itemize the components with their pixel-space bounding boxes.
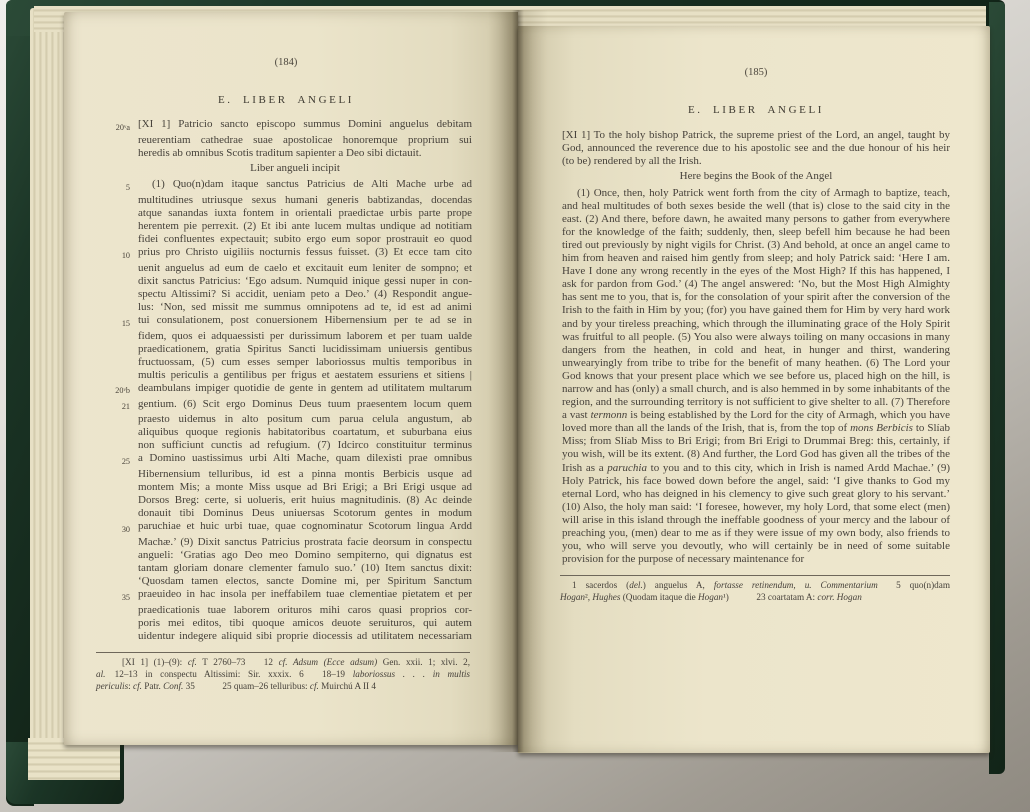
margin-line-number xyxy=(100,413,138,426)
margin-line-number xyxy=(100,262,138,275)
line-text: fructuossam, (5) cum esses semper labori… xyxy=(138,356,472,369)
line-text: spectu Altissimi? Si accidit, ueniam pet… xyxy=(138,288,472,301)
text-line: praedicationis tuae laborem orituros mih… xyxy=(100,604,472,617)
line-text: poris mei editos, tibi quoque amicos deu… xyxy=(138,617,472,630)
line-text: fidem, quos ei adquaessisti per durissim… xyxy=(138,330,472,343)
margin-line-number xyxy=(100,604,138,617)
english-intro-paragraph: [XI 1] To the holy bishop Patrick, the s… xyxy=(562,129,950,168)
line-text: uidentur indegere aliquid sibi proprie d… xyxy=(138,630,472,643)
text-line: 5 (1) Quo(n)dam itaque sanctus Patricius… xyxy=(100,178,472,194)
text-line: 30 paruchiae et huic urbi tuae, quae cog… xyxy=(100,520,472,536)
right-page-content: (185) E. LIBER ANGELI [XI 1] To the holy… xyxy=(562,66,950,604)
margin-line-number xyxy=(100,220,138,233)
margin-line-number xyxy=(100,426,138,439)
footnote-line: al. 12–13 in conspectu Altissimi: Sir. x… xyxy=(96,669,470,681)
right-page: (185) E. LIBER ANGELI [XI 1] To the holy… xyxy=(518,26,990,753)
english-body-text: (1) Once, then, holy Patrick went forth … xyxy=(562,187,950,567)
text-line: poris mei editos, tibi quoque amicos deu… xyxy=(100,617,472,630)
text-line: uenit anguelus ad eum de caelo et excita… xyxy=(100,262,472,275)
line-text: aliquibus quoque regionis habitatoribus … xyxy=(138,426,472,439)
page-number-left: (184) xyxy=(100,56,472,69)
text-line: 10 prius pro Christo uigiliis nocturnis … xyxy=(100,246,472,262)
line-text: tantam gloriam donare clementer famulo s… xyxy=(138,562,472,575)
margin-line-number xyxy=(100,134,138,147)
margin-line-number xyxy=(100,575,138,588)
text-line: 35 praeuideo in hac insola per ineffabil… xyxy=(100,588,472,604)
text-line: angueli: ‘Gratias ago Deo meo Domino sem… xyxy=(100,549,472,562)
margin-line-number xyxy=(100,369,138,382)
margin-line-number xyxy=(100,630,138,643)
line-text: tui consulationem, post conuersionem Hib… xyxy=(138,314,472,330)
margin-line-number xyxy=(100,617,138,630)
text-line: lus: ‘Non, sed missit me summus omnipote… xyxy=(100,301,472,314)
margin-line-number xyxy=(100,536,138,549)
text-line: non sufficiunt cunctis ad refugium. (7) … xyxy=(100,439,472,452)
margin-line-number: 30 xyxy=(100,520,138,536)
text-line: multis periculis a gentilibus per frigus… xyxy=(100,369,472,382)
line-text: montem Mis; a monte Miss usque ad Bri Er… xyxy=(138,481,472,494)
footnote-line: [XI 1] (1)–(9): cf. T 2760–73 12 cf. Ads… xyxy=(96,657,470,669)
line-text: donauit tibi Dominus Deus uniuersas Scot… xyxy=(138,507,472,520)
margin-line-number: 25 xyxy=(100,452,138,468)
text-line: dixit sanctus Patricius: ‘Ego adsum. Num… xyxy=(100,275,472,288)
line-text: fidei confluentes expectauit; subito erg… xyxy=(138,233,472,246)
subheading-text: Liber angueli incipit xyxy=(250,162,340,174)
text-line: fidem, quos ei adquaessisti per durissim… xyxy=(100,330,472,343)
line-text: dixit sanctus Patricius: ‘Ego adsum. Num… xyxy=(138,275,472,288)
text-line: 25 a Domino uastissimus urbi Alti Mache,… xyxy=(100,452,472,468)
text-line: herentem pie perrexit. (2) Et ibi ante l… xyxy=(100,220,472,233)
line-text: Machæ.’ (9) Dixit sanctus Patricius pros… xyxy=(138,536,472,549)
footnote-text: Hogan², Hughes (Quodam itaque die Hogan¹… xyxy=(560,592,862,602)
margin-line-number xyxy=(100,343,138,356)
text-line: spectu Altissimi? Si accidit, ueniam pet… xyxy=(100,288,472,301)
margin-line-number: 20ᵛa xyxy=(100,118,138,134)
line-text: heredis ab omnibus Scotis traditum sapie… xyxy=(138,147,472,160)
margin-line-number xyxy=(100,147,138,160)
line-text: non sufficiunt cunctis ad refugium. (7) … xyxy=(138,439,472,452)
footnote-text: al. 12–13 in conspectu Altissimi: Sir. x… xyxy=(96,669,470,679)
line-text: Hibernensium telluribus, id est a pinna … xyxy=(138,468,472,481)
latin-intro-paragraph: 20ᵛa [XI 1] Patricio sancto episcopo sum… xyxy=(100,118,472,160)
margin-line-number xyxy=(100,207,138,220)
text-line: Machæ.’ (9) Dixit sanctus Patricius pros… xyxy=(100,536,472,549)
text-line: multitudines utriusque sexus humani gene… xyxy=(100,194,472,207)
line-text: deambulans impiger quotidie de gente in … xyxy=(138,382,472,398)
line-text: atque sanandas iuxta fontem in orientali… xyxy=(138,207,472,220)
margin-line-number xyxy=(100,507,138,520)
text-line: uidentur indegere aliquid sibi proprie d… xyxy=(100,630,472,643)
margin-line-number xyxy=(100,549,138,562)
text-line: Hibernensium telluribus, id est a pinna … xyxy=(100,468,472,481)
line-text: multis periculis a gentilibus per frigus… xyxy=(138,369,472,382)
english-subheading: Here begins the Book of the Angel xyxy=(562,170,950,183)
margin-line-number: 5 xyxy=(100,178,138,194)
book-cover-right-edge xyxy=(989,2,1005,774)
margin-line-number xyxy=(100,439,138,452)
margin-line-number xyxy=(100,233,138,246)
text-line: 20ᵛa [XI 1] Patricio sancto episcopo sum… xyxy=(100,118,472,134)
line-text: praeuideo in hac insola per ineffabilem … xyxy=(138,588,472,604)
margin-line-number xyxy=(100,288,138,301)
section-heading-left: E. LIBER ANGELI xyxy=(100,94,472,107)
line-text: prius pro Christo uigiliis nocturnis fes… xyxy=(138,246,472,262)
line-text: (1) Quo(n)dam itaque sanctus Patricius d… xyxy=(138,178,472,194)
text-line: 21 gentium. (6) Scit ergo Dominus Deus t… xyxy=(100,398,472,414)
text-line: atque sanandas iuxta fontem in orientali… xyxy=(100,207,472,220)
line-text: reuerentiam cathedrae suae apostolicae h… xyxy=(138,134,472,147)
footnote-text: [XI 1] (1)–(9): cf. T 2760–73 12 cf. Ads… xyxy=(122,657,470,667)
margin-line-number xyxy=(100,468,138,481)
margin-line-number xyxy=(100,330,138,343)
margin-line-number xyxy=(100,194,138,207)
text-line: heredis ab omnibus Scotis traditum sapie… xyxy=(100,147,472,160)
text-line: 15 tui consulationem, post conuersionem … xyxy=(100,314,472,330)
text-line: praedicationem, gratia Spiritus Sancti l… xyxy=(100,343,472,356)
footnotes-right: 1 sacerdos (del.) anguelus A, fortasse r… xyxy=(560,575,950,604)
margin-line-number: 10 xyxy=(100,246,138,262)
margin-line-number: 21 xyxy=(100,398,138,414)
footnote-line: 1 sacerdos (del.) anguelus A, fortasse r… xyxy=(560,580,950,592)
margin-line-number: 20ᵛb xyxy=(100,382,138,398)
text-line: 20ᵛb deambulans impiger quotidie de gent… xyxy=(100,382,472,398)
margin-line-number: 35 xyxy=(100,588,138,604)
line-text: lus: ‘Non, sed missit me summus omnipote… xyxy=(138,301,472,314)
text-line: donauit tibi Dominus Deus uniuersas Scot… xyxy=(100,507,472,520)
footnote-line: periculis: cf. Patr. Conf. 35 25 quam–26… xyxy=(96,681,470,693)
latin-subheading: Liber angueli incipit xyxy=(100,162,472,175)
line-text: herentem pie perrexit. (2) Et ibi ante l… xyxy=(138,220,472,233)
text-line: Dorsos Breg: certe, si uolueris, erit hu… xyxy=(100,494,472,507)
margin-line-number xyxy=(100,562,138,575)
text-line: fidei confluentes expectauit; subito erg… xyxy=(100,233,472,246)
line-text: Dorsos Breg: certe, si uolueris, erit hu… xyxy=(138,494,472,507)
text-line: ‘Quosdam tamen electos, sancte Domine mi… xyxy=(100,575,472,588)
text-line: tantam gloriam donare clementer famulo s… xyxy=(100,562,472,575)
text-line: fructuossam, (5) cum esses semper labori… xyxy=(100,356,472,369)
text-line: reuerentiam cathedrae suae apostolicae h… xyxy=(100,134,472,147)
left-page: (184) E. LIBER ANGELI 20ᵛa [XI 1] Patric… xyxy=(64,12,518,745)
margin-line-number xyxy=(100,494,138,507)
line-text: multitudines utriusque sexus humani gene… xyxy=(138,194,472,207)
section-heading-right: E. LIBER ANGELI xyxy=(562,104,950,117)
line-text: praedicationis tuae laborem orituros mih… xyxy=(138,604,472,617)
footnote-line: Hogan², Hughes (Quodam itaque die Hogan¹… xyxy=(560,592,950,604)
margin-line-number xyxy=(100,275,138,288)
margin-line-number xyxy=(100,301,138,314)
footnote-text: periculis: cf. Patr. Conf. 35 25 quam–26… xyxy=(96,681,376,691)
latin-body-text: 5 (1) Quo(n)dam itaque sanctus Patricius… xyxy=(100,178,472,643)
footnote-text: 1 sacerdos (del.) anguelus A, fortasse r… xyxy=(572,580,950,590)
margin-line-number xyxy=(100,356,138,369)
line-text: gentium. (6) Scit ergo Dominus Deus tuum… xyxy=(138,398,472,414)
line-text: ‘Quosdam tamen electos, sancte Domine mi… xyxy=(138,575,472,588)
line-text: [XI 1] Patricio sancto episcopo summus D… xyxy=(138,118,472,134)
line-text: uenit anguelus ad eum de caelo et excita… xyxy=(138,262,472,275)
line-text: praesto uidemus in alto positum cum paru… xyxy=(138,413,472,426)
margin-line-number: 15 xyxy=(100,314,138,330)
text-line: aliquibus quoque regionis habitatoribus … xyxy=(100,426,472,439)
page-number-right: (185) xyxy=(562,66,950,79)
line-text: a Domino uastissimus urbi Alti Mache, qu… xyxy=(138,452,472,468)
book-photo: (184) E. LIBER ANGELI 20ᵛa [XI 1] Patric… xyxy=(0,0,1030,812)
line-text: praedicationem, gratia Spiritus Sancti l… xyxy=(138,343,472,356)
left-page-content: (184) E. LIBER ANGELI 20ᵛa [XI 1] Patric… xyxy=(100,56,472,693)
margin-line-number xyxy=(100,481,138,494)
line-text: angueli: ‘Gratias ago Deo meo Domino sem… xyxy=(138,549,472,562)
text-line: montem Mis; a monte Miss usque ad Bri Er… xyxy=(100,481,472,494)
text-line: praesto uidemus in alto positum cum paru… xyxy=(100,413,472,426)
footnotes-left: [XI 1] (1)–(9): cf. T 2760–73 12 cf. Ads… xyxy=(96,652,470,693)
line-text: paruchiae et huic urbi tuae, quae cognom… xyxy=(138,520,472,536)
